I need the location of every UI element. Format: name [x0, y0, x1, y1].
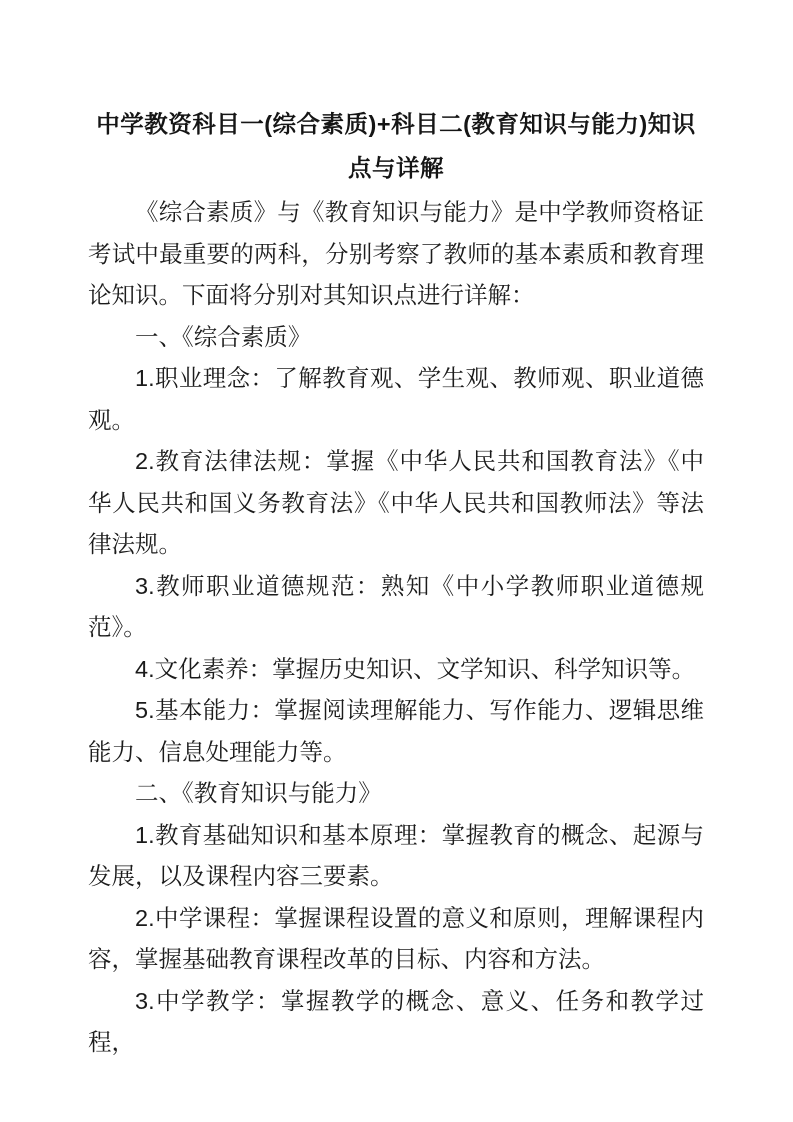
section-1-item-3: 3.教师职业道德规范：熟知《中小学教师职业道德规范》。: [88, 566, 704, 649]
document-page: 中学教资科目一(综合素质)+科目二(教育知识与能力)知识点与详解 《综合素质》与…: [0, 0, 793, 1122]
section-1-heading: 一、《综合素质》: [88, 317, 704, 359]
intro-paragraph: 《综合素质》与《教育知识与能力》是中学教师资格证考试中最重要的两科，分别考察了教…: [88, 192, 704, 317]
section-1-item-4: 4.文化素养：掌握历史知识、文学知识、科学知识等。: [88, 649, 704, 691]
document-title: 中学教资科目一(综合素质)+科目二(教育知识与能力)知识点与详解: [96, 102, 696, 190]
document-body: 《综合素质》与《教育知识与能力》是中学教师资格证考试中最重要的两科，分别考察了教…: [88, 192, 704, 1064]
section-2-item-2: 2.中学课程：掌握课程设置的意义和原则，理解课程内容，掌握基础教育课程改革的目标…: [88, 898, 704, 981]
section-1-item-5: 5.基本能力：掌握阅读理解能力、写作能力、逻辑思维能力、信息处理能力等。: [88, 690, 704, 773]
section-2-item-1: 1.教育基础知识和基本原理：掌握教育的概念、起源与发展，以及课程内容三要素。: [88, 815, 704, 898]
section-2-item-3: 3.中学教学：掌握教学的概念、意义、任务和教学过程，: [88, 981, 704, 1064]
section-1-item-1: 1.职业理念：了解教育观、学生观、教师观、职业道德观。: [88, 358, 704, 441]
section-1-item-2: 2.教育法律法规：掌握《中华人民共和国教育法》《中华人民共和国义务教育法》《中华…: [88, 441, 704, 566]
section-2-heading: 二、《教育知识与能力》: [88, 773, 704, 815]
